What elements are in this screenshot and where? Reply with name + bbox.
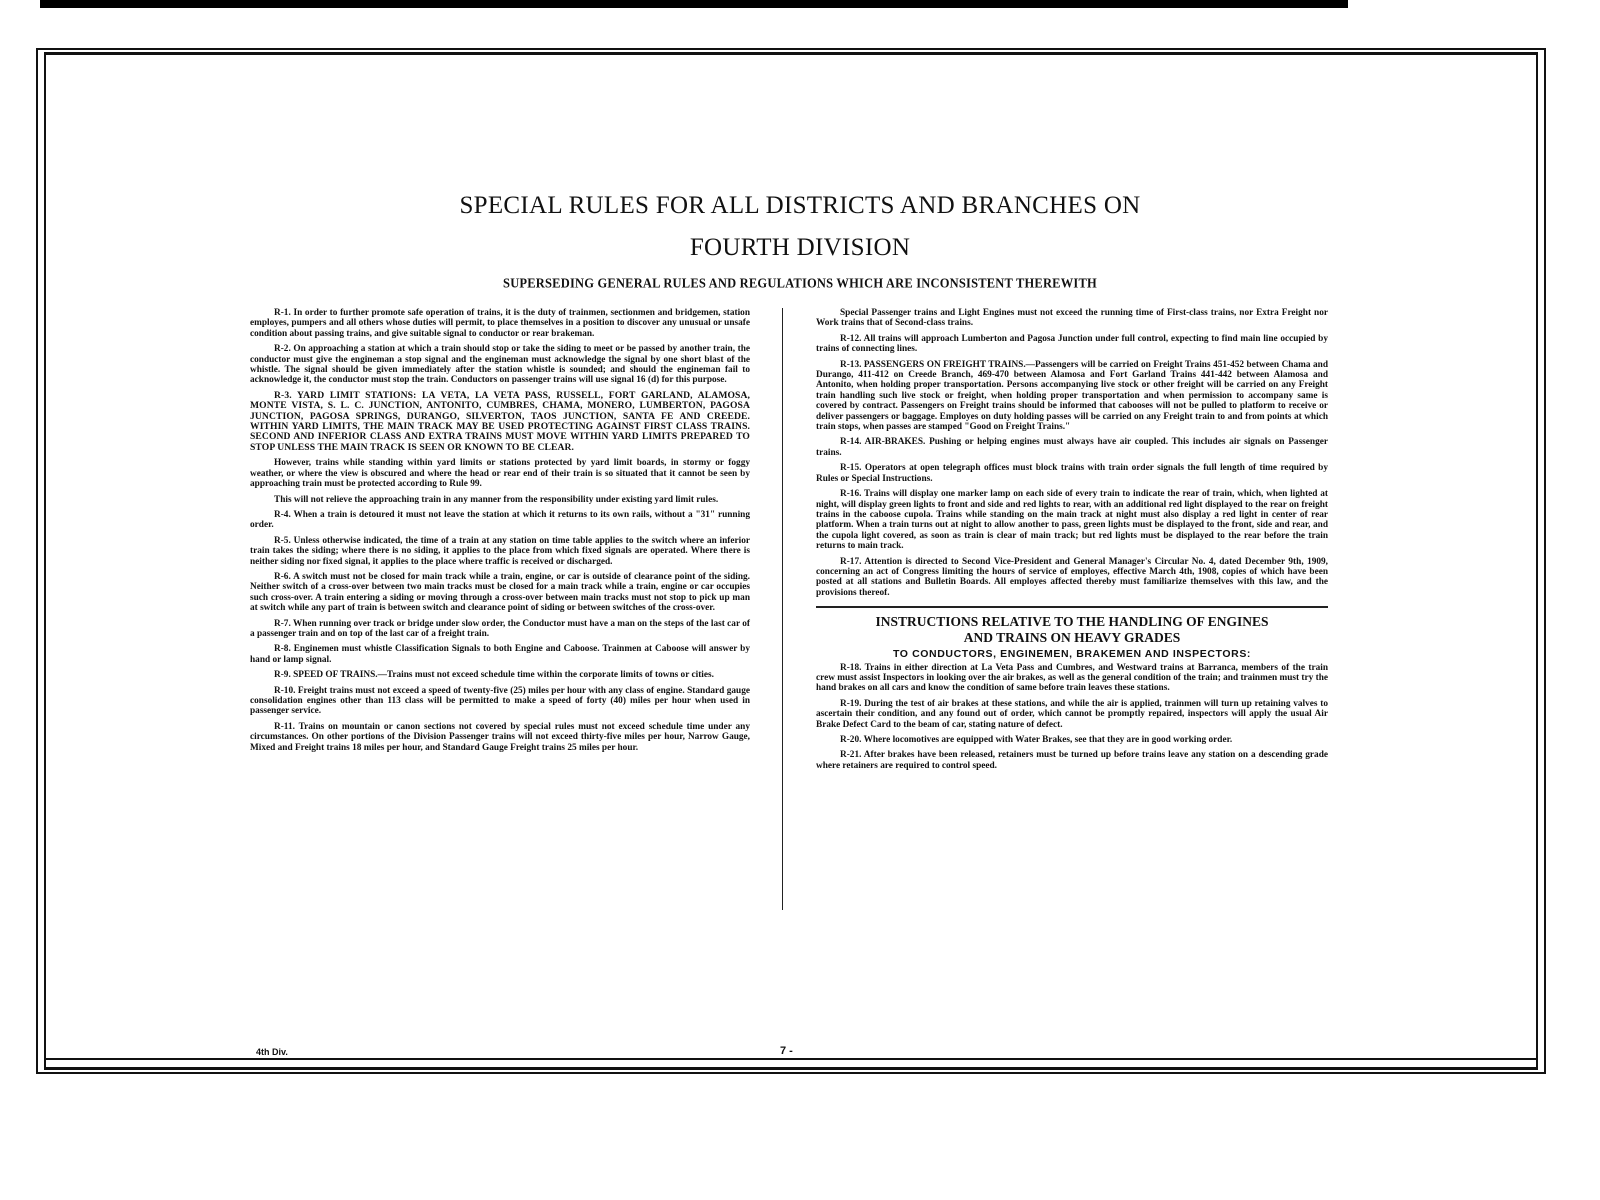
scan-edge-right — [1240, 0, 1600, 8]
footer-division: 4th Div. — [256, 1047, 288, 1057]
instructions-heading: INSTRUCTIONS RELATIVE TO THE HANDLING OF… — [816, 614, 1328, 646]
rule-r9: R-9. SPEED OF TRAINS.—Trains must not ex… — [250, 670, 750, 680]
rule-r1: R-1. In order to further promote safe op… — [250, 308, 750, 339]
rule-r20: R-20. Where locomotives are equipped wit… — [816, 735, 1328, 745]
rule-r18: R-18. Trains in either direction at La V… — [816, 663, 1328, 694]
rule-r8: R-8. Enginemen must whistle Classificati… — [250, 644, 750, 665]
rule-r14: R-14. AIR-BRAKES. Pushing or helping eng… — [816, 437, 1328, 458]
rule-r19: R-19. During the test of air brakes at t… — [816, 699, 1328, 730]
rule-r12: R-12. All trains will approach Lumberton… — [816, 334, 1328, 355]
instructions-heading-line2: AND TRAINS ON HEAVY GRADES — [816, 630, 1328, 646]
page-number: 7 - — [780, 1045, 793, 1057]
rule-r3-note: However, trains while standing within ya… — [250, 458, 750, 489]
rule-r11-cont: Special Passenger trains and Light Engin… — [816, 308, 1328, 329]
rule-r21: R-21. After brakes have been released, r… — [816, 750, 1328, 771]
rule-r16: R-16. Trains will display one marker lam… — [816, 489, 1328, 551]
rule-r5: R-5. Unless otherwise indicated, the tim… — [250, 536, 750, 567]
rule-r7: R-7. When running over track or bridge u… — [250, 619, 750, 640]
rule-r4: R-4. When a train is detoured it must no… — [250, 510, 750, 531]
rule-r3: R-3. YARD LIMIT STATIONS: LA VETA, LA VE… — [250, 391, 750, 453]
document-subtitle: SUPERSEDING GENERAL RULES AND REGULATION… — [0, 275, 1600, 292]
rule-r6: R-6. A switch must not be closed for mai… — [250, 572, 750, 614]
document-title: SPECIAL RULES FOR ALL DISTRICTS AND BRAN… — [0, 192, 1600, 220]
right-column: Special Passenger trains and Light Engin… — [816, 308, 1328, 776]
section-divider — [816, 606, 1328, 608]
instructions-heading-line1: INSTRUCTIONS RELATIVE TO THE HANDLING OF… — [816, 614, 1328, 630]
rule-r17: R-17. Attention is directed to Second Vi… — [816, 557, 1328, 599]
instructions-subheading: TO CONDUCTORS, ENGINEMEN, BRAKEMEN AND I… — [816, 649, 1328, 659]
column-divider — [782, 308, 783, 910]
rule-r11: R-11. Trains on mountain or canon sectio… — [250, 722, 750, 753]
document-title-division: FOURTH DIVISION — [0, 234, 1600, 262]
left-column: R-1. In order to further promote safe op… — [250, 308, 750, 758]
rule-r2: R-2. On approaching a station at which a… — [250, 344, 750, 386]
rule-r13: R-13. PASSENGERS ON FREIGHT TRAINS.—Pass… — [816, 360, 1328, 433]
scan-edge-gap — [0, 0, 40, 8]
rule-r3-note-2: This will not relieve the approaching tr… — [250, 495, 750, 505]
rule-r10: R-10. Freight trains must not exceed a s… — [250, 686, 750, 717]
rule-r15: R-15. Operators at open telegraph office… — [816, 463, 1328, 484]
footer-rule — [44, 1058, 1538, 1060]
